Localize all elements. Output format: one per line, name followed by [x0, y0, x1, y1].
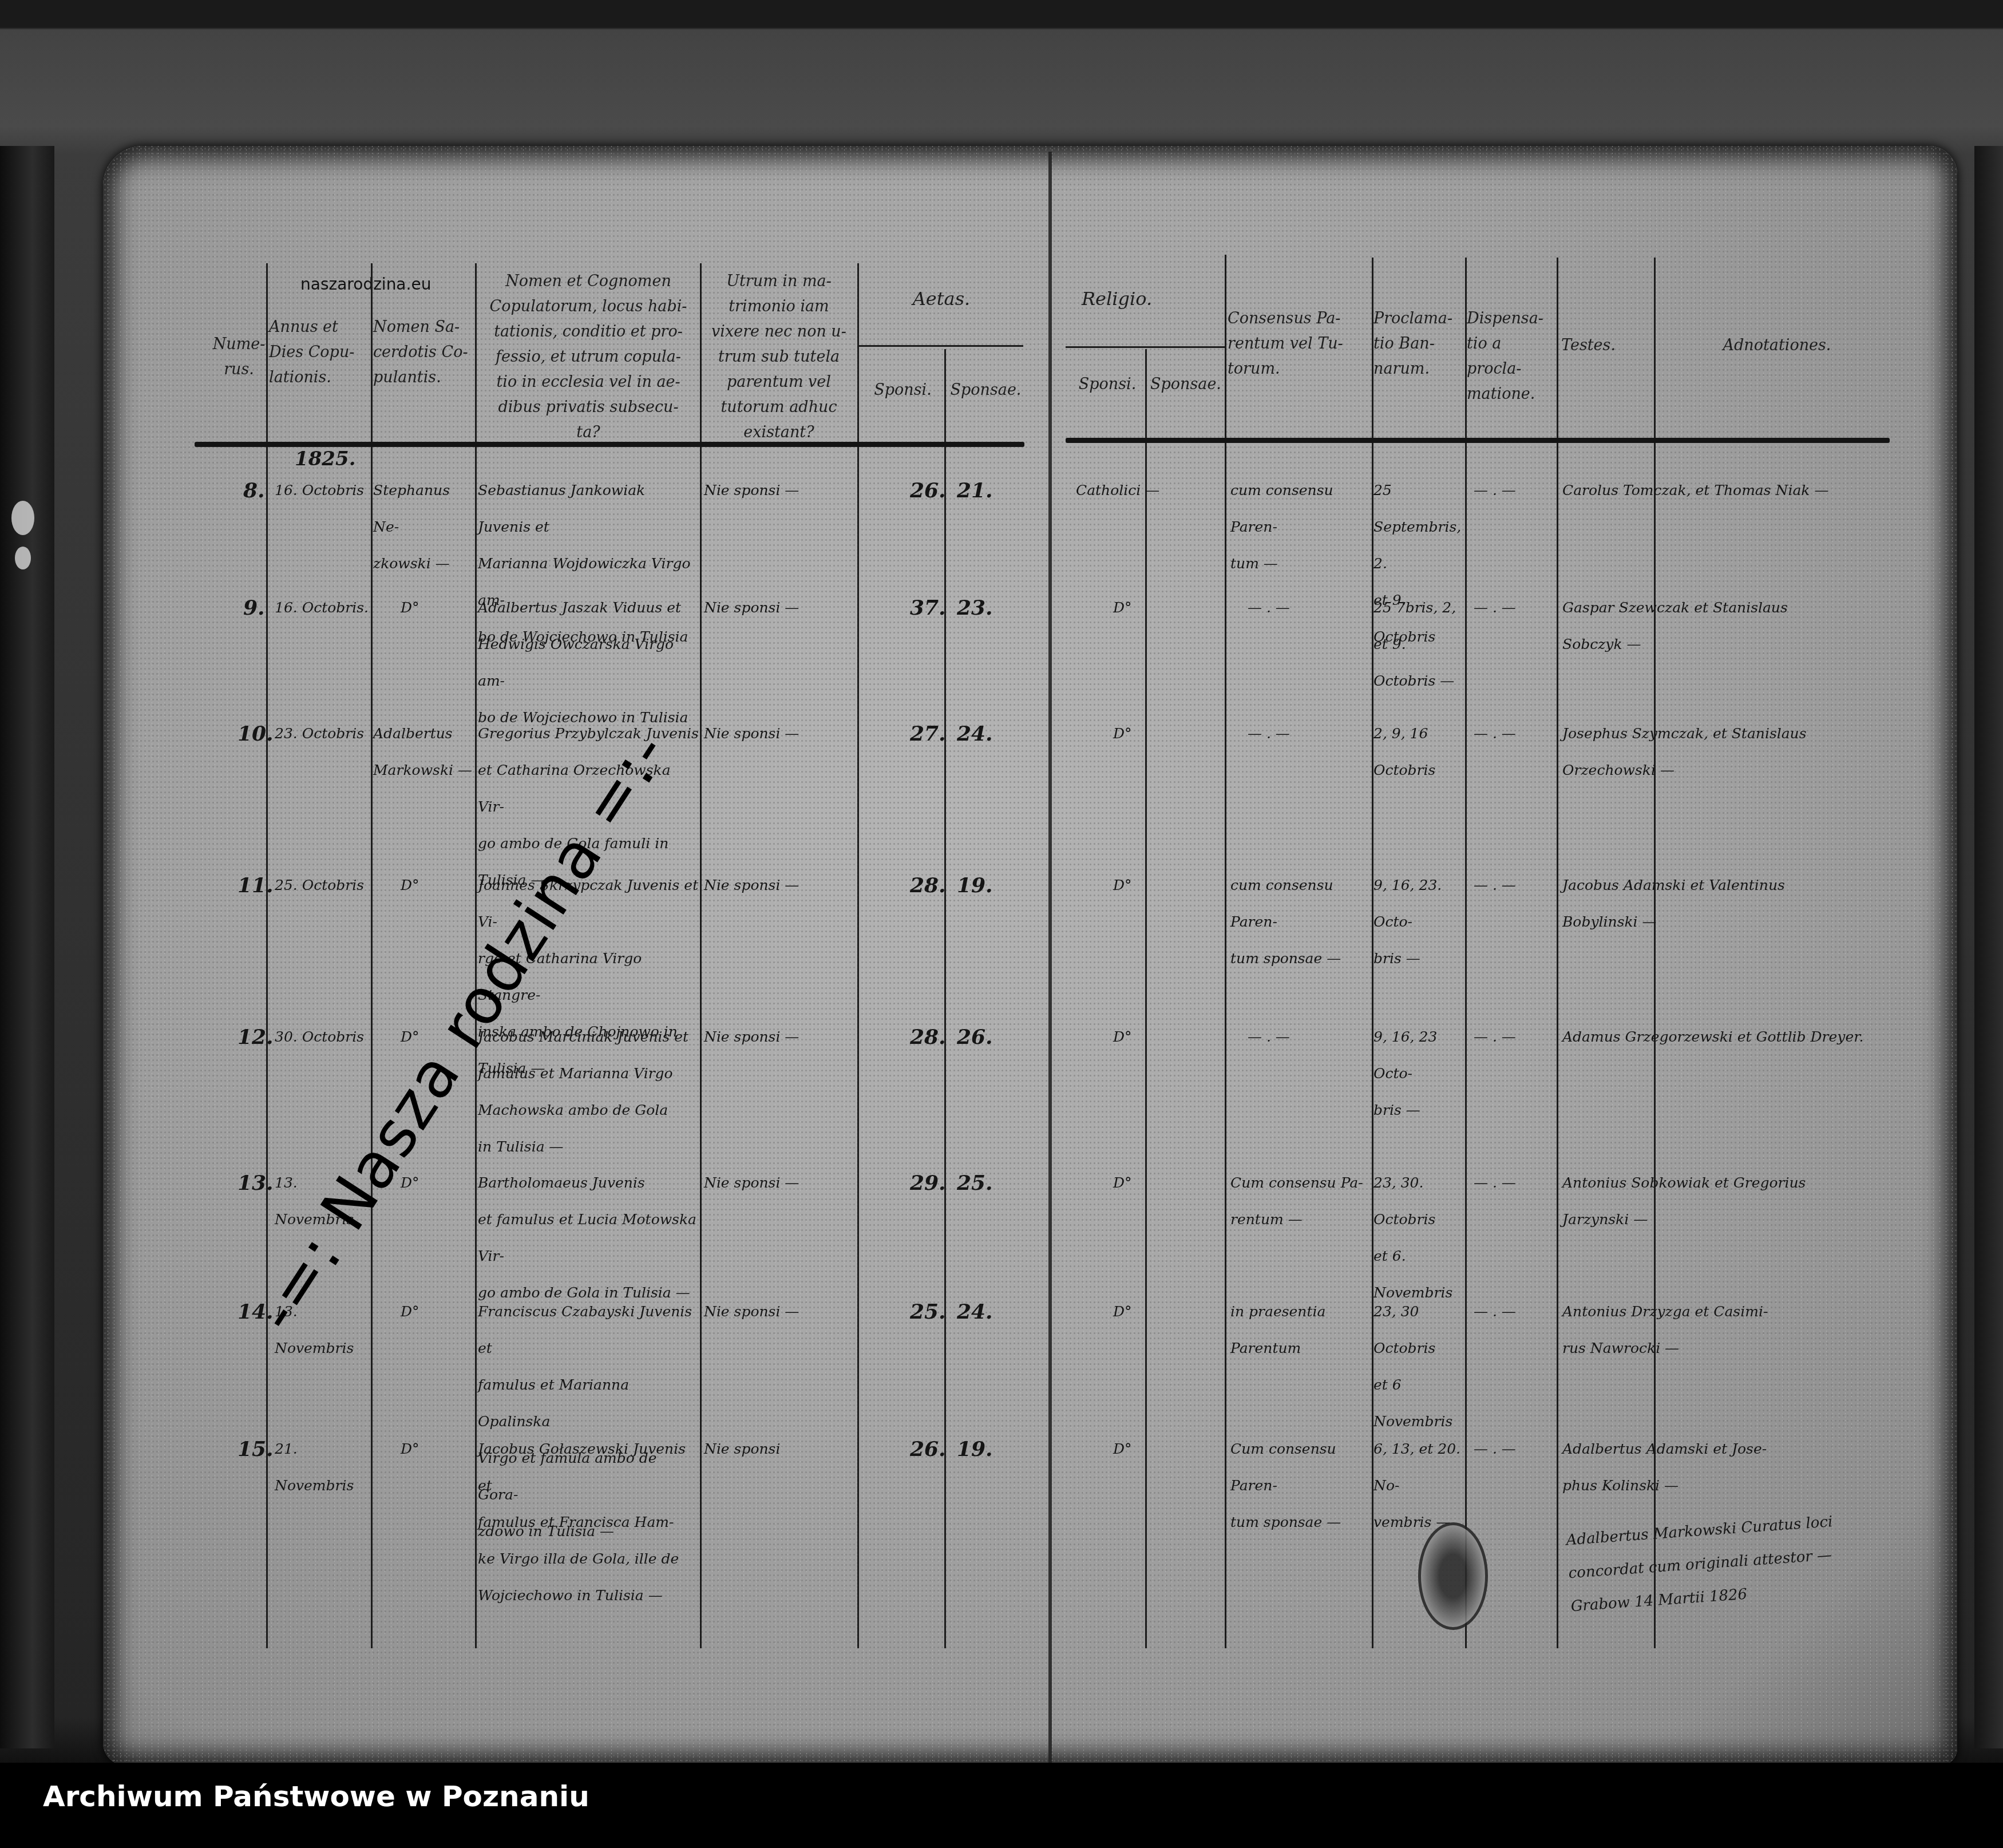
entry-priest: D° [401, 867, 472, 904]
entry-priest: D° [401, 589, 472, 626]
binding-hole [11, 501, 34, 535]
entry-marital-status: Nie sponsi — [704, 1019, 856, 1055]
entry-couple: Bartholomaeus Juvenis et famulus et Luci… [478, 1165, 701, 1311]
entry-consent: — . — [1248, 715, 1371, 752]
entry-age-groom: 27. [910, 715, 946, 752]
entry-priest: Stephanus Ne- zkowski — [373, 472, 473, 582]
entry-couple: Adalbertus Jaszak Viduus et Hedwigis Owc… [478, 589, 701, 736]
entry-religion: D° [1113, 1019, 1182, 1055]
header-religio-sponsi: Sponsi. [1070, 372, 1145, 397]
header-separator-right [1066, 438, 1890, 443]
column-rule [1465, 258, 1467, 1648]
header-dispensatio: Dispensa- tio a procla- matione. [1467, 306, 1555, 407]
entry-number: 10. [237, 715, 274, 752]
entry-date: 25. Octobris [275, 867, 372, 904]
entry-date: 30. Octobris [275, 1019, 372, 1055]
column-rule [1557, 258, 1558, 1648]
entry-marital-status: Nie sponsi — [704, 715, 856, 752]
header-aetas-sponsae: Sponsae. [947, 378, 1024, 403]
header-nomen-copulatorum: Nomen et Cognomen Copulatorum, locus hab… [477, 269, 700, 445]
entry-marital-status: Nie sponsi [704, 1431, 856, 1467]
entry-witnesses: Antonius Drzyzga et Casimi- rus Nawrocki… [1562, 1293, 1883, 1367]
entry-religion: D° [1113, 589, 1182, 626]
entry-priest: D° [401, 1293, 472, 1330]
entry-number: 15. [237, 1431, 274, 1467]
entry-couple: Jacobus Gołaszewski Juvenis et famulus e… [478, 1431, 701, 1614]
entry-age-bride: 23. [957, 589, 993, 626]
entry-religion: D° [1113, 1165, 1182, 1201]
entry-number: 12. [237, 1019, 274, 1055]
entry-witnesses: Adalbertus Adamski et Jose- phus Kolinsk… [1562, 1431, 1883, 1504]
entry-consent: Cum consensu Pa- rentum — [1230, 1165, 1371, 1238]
column-rule [857, 263, 859, 1648]
entry-dispensation: — . — [1474, 715, 1554, 752]
entry-religion: D° [1113, 1293, 1182, 1330]
entry-banns: 9, 16, 23 Octo- bris — [1373, 1019, 1464, 1129]
header-annus-dies: Annus et Dies Copu- lationis. [269, 315, 369, 390]
entry-date: 21. Novembris [275, 1431, 372, 1504]
header-testes: Testes. [1561, 333, 1653, 358]
entry-marital-status: Nie sponsi — [704, 472, 856, 509]
site-watermark: naszarodzina.eu [300, 275, 431, 294]
entry-age-bride: 26. [957, 1019, 993, 1055]
entry-consent: cum consensu Paren- tum — [1230, 472, 1371, 582]
header-adnotationes: Adnotationes. [1680, 333, 1874, 358]
religio-subrule [1066, 346, 1226, 348]
entry-age-bride: 19. [957, 1431, 993, 1467]
entry-priest: Adalbertus Markowski — [373, 715, 473, 789]
official-seal-stamp [1418, 1522, 1488, 1630]
entry-marital-status: Nie sponsi — [704, 589, 856, 626]
book-spine [1048, 152, 1052, 1766]
entry-banns: 9, 16, 23. Octo- bris — [1373, 867, 1464, 977]
entry-dispensation: — . — [1474, 1431, 1554, 1467]
entry-age-bride: 24. [957, 715, 993, 752]
entry-age-bride: 25. [957, 1165, 993, 1201]
entry-age-bride: 21. [957, 472, 993, 509]
entry-age-groom: 29. [910, 1165, 946, 1201]
header-sacerdos: Nomen Sa- cerdotis Co- pulantis. [373, 315, 473, 390]
entry-consent: — . — [1248, 1019, 1371, 1055]
left-binding-edge [0, 146, 54, 1748]
header-consensus: Consensus Pa- rentum vel Tu- torum. [1228, 306, 1371, 382]
entry-witnesses: Josephus Szymczak, et Stanislaus Orzecho… [1562, 715, 1883, 789]
entry-dispensation: — . — [1474, 1019, 1554, 1055]
entry-number: 13. [237, 1165, 274, 1201]
entry-consent: — . — [1248, 589, 1371, 626]
entry-age-bride: 19. [957, 867, 993, 904]
entry-dispensation: — . — [1474, 867, 1554, 904]
entry-dispensation: — . — [1474, 1165, 1554, 1201]
entry-consent: Cum consensu Paren- tum sponsae — [1230, 1431, 1371, 1541]
entry-banns: 23, 30 Octobris et 6 Novembris [1373, 1293, 1464, 1440]
entry-number: 8. [243, 472, 265, 509]
column-rule [1225, 255, 1226, 1648]
header-religio-sponsae: Sponsae. [1147, 372, 1225, 397]
entry-age-groom: 26. [910, 1431, 946, 1467]
entry-age-groom: 26. [910, 472, 946, 509]
entry-marital-status: Nie sponsi — [704, 1165, 856, 1201]
entry-religion: D° [1113, 867, 1182, 904]
entry-religion: D° [1113, 715, 1182, 752]
entry-date: 16. Octobris. [275, 589, 372, 626]
aetas-subrule [857, 345, 1023, 347]
entry-consent: cum consensu Paren- tum sponsae — [1230, 867, 1371, 977]
entry-religion: D° [1113, 1431, 1182, 1467]
entry-age-groom: 25. [910, 1293, 946, 1330]
header-aetas: Aetas. [858, 286, 1024, 311]
entry-number: 9. [243, 589, 265, 626]
entry-priest: D° [401, 1431, 472, 1467]
entry-age-groom: 28. [910, 867, 946, 904]
entry-religion: Catholici — [1076, 472, 1219, 509]
entry-dispensation: — . — [1474, 1293, 1554, 1330]
entry-witnesses: Adamus Grzegorzewski et Gottlib Dreyer. [1562, 1019, 1906, 1055]
header-aetas-sponsi: Sponsi. [861, 378, 944, 403]
entry-age-groom: 28. [910, 1019, 946, 1055]
header-numerus: Nume- rus. [212, 332, 266, 382]
entry-age-bride: 24. [957, 1293, 993, 1330]
entry-dispensation: — . — [1474, 472, 1554, 509]
entry-couple: Jacobus Marciniak Juvenis et famulus et … [478, 1019, 701, 1165]
entry-age-groom: 37. [910, 589, 946, 626]
entry-dispensation: — . — [1474, 589, 1554, 626]
entry-witnesses: Gaspar Szewczak et Stanislaus Sobczyk — [1562, 589, 1883, 663]
entry-number: 11. [237, 867, 274, 904]
entry-banns: 23, 30. Octobris et 6. Novembris [1373, 1165, 1464, 1311]
entry-date: 23. Octobris [275, 715, 372, 752]
right-binding-edge [1974, 146, 2003, 1748]
entry-date: 16. Octobris [275, 472, 372, 509]
entry-marital-status: Nie sponsi — [704, 1293, 856, 1330]
archive-footer-label: Archiwum Państwowe w Poznaniu [43, 1780, 589, 1813]
entry-witnesses: Carolus Tomczak, et Thomas Niak — [1562, 472, 1883, 509]
entry-banns: 2, 9, 16 Octobris [1373, 715, 1464, 789]
entry-consent: in praesentia Parentum [1230, 1293, 1371, 1367]
binding-hole [15, 547, 31, 569]
header-proclamatio: Proclama- tio Ban- narum. [1373, 306, 1464, 382]
entry-witnesses: Jacobus Adamski et Valentinus Bobylinski… [1562, 867, 1883, 940]
entry-marital-status: Nie sponsi — [704, 867, 856, 904]
header-utrum-matrimonio: Utrum in ma- trimonio iam vixere nec non… [702, 269, 856, 445]
entry-banns: 25 7bris, 2, et 9. Octobris — [1373, 589, 1464, 699]
entry-witnesses: Antonius Sobkowiak et Gregorius Jarzynsk… [1562, 1165, 1883, 1238]
header-religio: Religio. [1082, 286, 1213, 311]
